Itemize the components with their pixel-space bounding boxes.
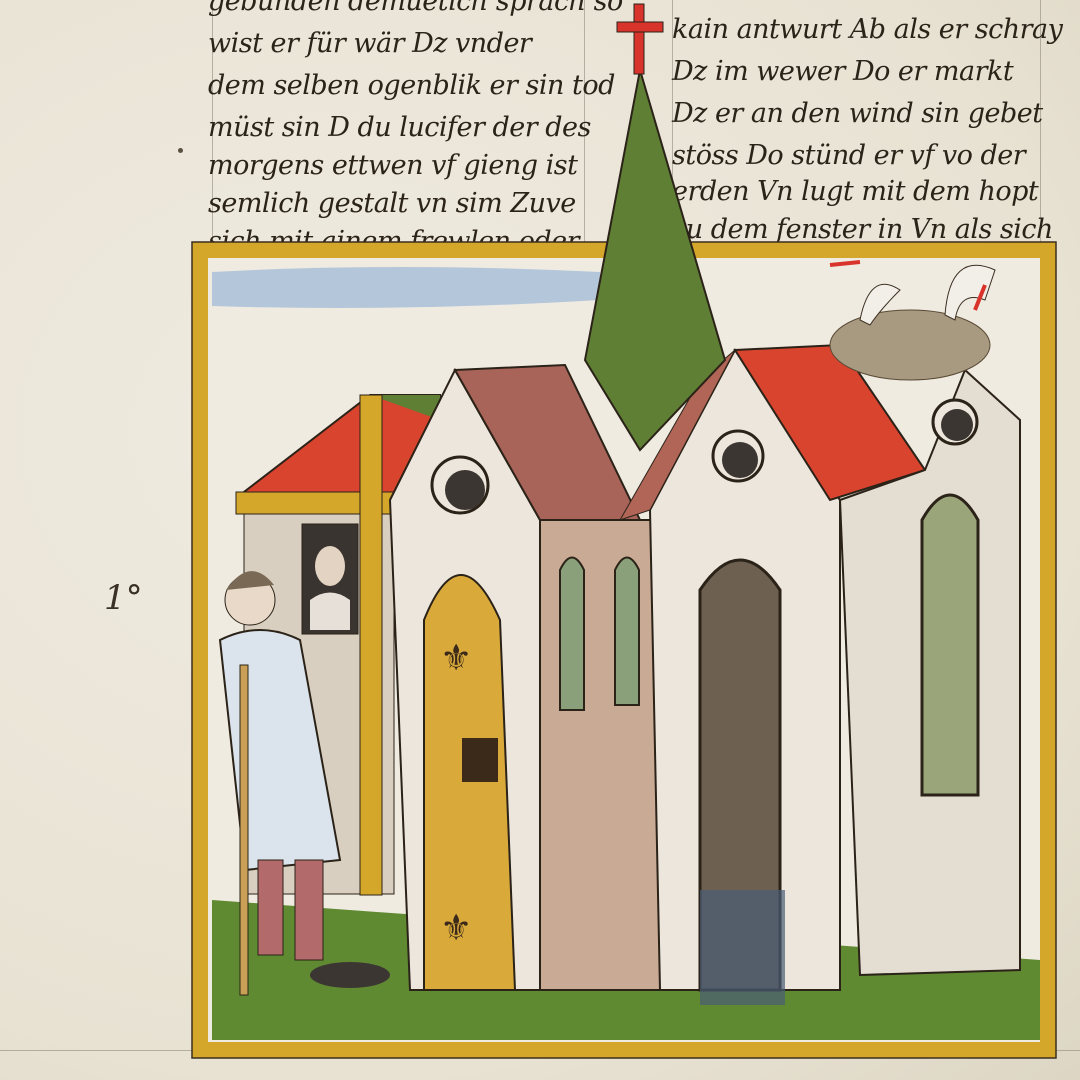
miniature-illustration: ⚜ ⚜ [0,0,1080,1080]
woman-face [315,546,345,586]
church: ⚜ ⚜ [390,4,1020,1005]
sky [212,267,600,308]
svg-text:⚜: ⚜ [440,908,472,949]
gothic-window [922,495,978,795]
cross-icon [617,4,663,74]
svg-text:⚜: ⚜ [440,638,472,679]
manuscript-page: gebunden demüetich sprach so wist er für… [0,0,1080,1080]
